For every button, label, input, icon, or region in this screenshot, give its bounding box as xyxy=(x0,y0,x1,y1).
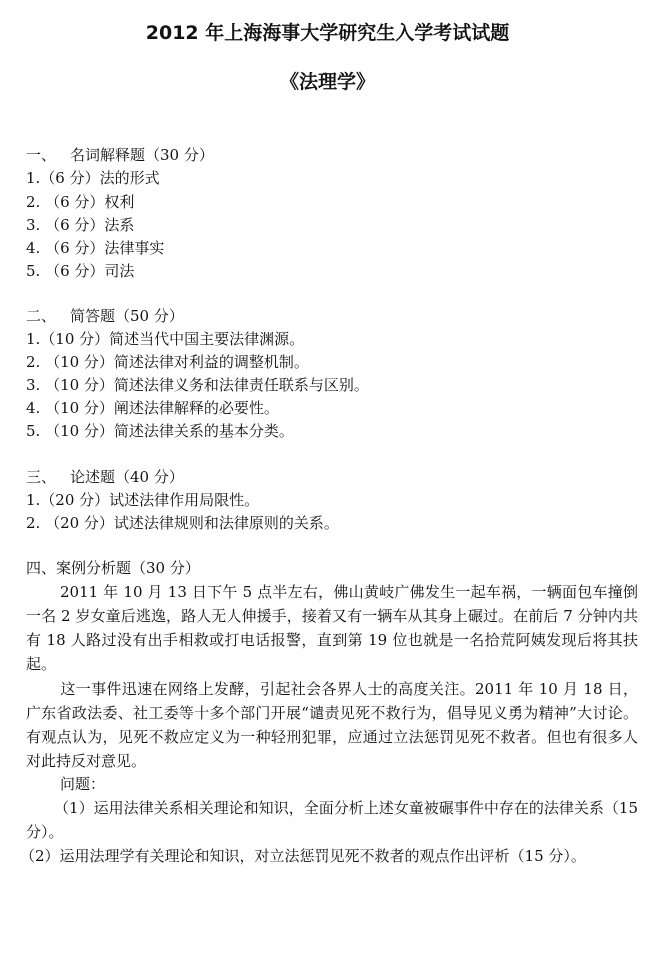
question-1: （1）运用法律关系相关理论和知识，全面分析上述女童被碾事件中存在的法律关系（15… xyxy=(26,796,638,844)
list-item: 3. （10 分）简述法律义务和法律责任联系与区别。 xyxy=(26,374,369,396)
list-item: 1.（6 分）法的形式 xyxy=(26,167,160,189)
case-text: 这一事件迅速在网络上发酵，引起社会各界人士的高度关注。2011 年 10 月 1… xyxy=(26,680,638,770)
list-item: 5. （10 分）简述法律关系的基本分类。 xyxy=(26,420,294,442)
section-4-heading: 四、案例分析题（30 分） xyxy=(26,557,200,579)
list-item: 4. （10 分）阐述法律解释的必要性。 xyxy=(26,397,279,419)
section-title: 简答题（50 分） xyxy=(70,307,184,325)
section-number: 四、 xyxy=(26,559,56,577)
section-2-heading: 二、简答题（50 分） xyxy=(26,305,184,327)
list-item: 3. （6 分）法系 xyxy=(26,214,134,236)
section-3-heading: 三、论述题（40 分） xyxy=(26,466,184,488)
list-item: 1.（10 分）简述当代中国主要法律渊源。 xyxy=(26,328,304,350)
question-2: （2）运用法理学有关理论和知识，对立法惩罚见死不救者的观点作出评析（15 分）。 xyxy=(20,844,638,868)
question-text: （2）运用法理学有关理论和知识，对立法惩罚见死不救者的观点作出评析（15 分）。 xyxy=(20,847,586,865)
exam-page: 2012 年上海海事大学研究生入学考试试题 《法理学》 一、名词解释题（30 分… xyxy=(0,0,655,963)
section-number: 三、 xyxy=(26,466,70,488)
case-text: 2011 年 10 月 13 日下午 5 点半左右，佛山黄岐广佛发生一起车祸，一… xyxy=(26,583,638,673)
section-number: 一、 xyxy=(26,144,70,166)
question-text: （1）运用法律关系相关理论和知识，全面分析上述女童被碾事件中存在的法律关系（15… xyxy=(26,799,638,841)
section-title: 论述题（40 分） xyxy=(70,468,184,486)
list-item: 2. （10 分）简述法律对利益的调整机制。 xyxy=(26,351,309,373)
section-title: 名词解释题（30 分） xyxy=(70,146,214,164)
list-item: 4. （6 分）法律事实 xyxy=(26,237,164,259)
exam-subject: 《法理学》 xyxy=(0,67,655,94)
case-paragraph-1: 2011 年 10 月 13 日下午 5 点半左右，佛山黄岐广佛发生一起车祸，一… xyxy=(26,580,638,676)
list-item: 2. （20 分）试述法律规则和法律原则的关系。 xyxy=(26,512,339,534)
case-paragraph-2: 这一事件迅速在网络上发酵，引起社会各界人士的高度关注。2011 年 10 月 1… xyxy=(26,677,638,773)
section-number: 二、 xyxy=(26,305,70,327)
list-item: 1.（20 分）试述法律作用局限性。 xyxy=(26,489,259,511)
section-title: 案例分析题（30 分） xyxy=(56,559,200,577)
list-item: 5. （6 分）司法 xyxy=(26,260,134,282)
section-1-heading: 一、名词解释题（30 分） xyxy=(26,144,214,166)
exam-title: 2012 年上海海事大学研究生入学考试试题 xyxy=(0,18,655,45)
question-label: 问题： xyxy=(60,773,105,795)
list-item: 2. （6 分）权利 xyxy=(26,191,134,213)
